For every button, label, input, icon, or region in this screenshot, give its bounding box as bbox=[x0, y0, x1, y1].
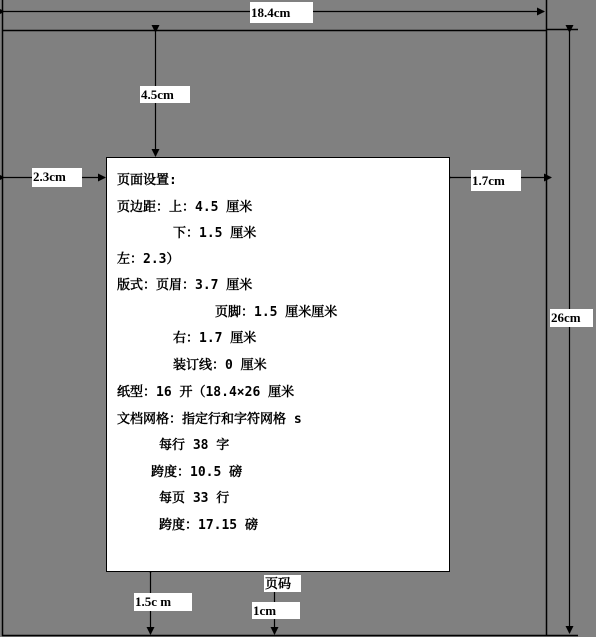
line-pitch: 跨度：17.15 磅 bbox=[159, 518, 258, 534]
width-label: 18.4cm bbox=[250, 2, 313, 23]
document-grid: 文档网格：指定行和字符网格 s bbox=[117, 412, 302, 428]
chars-per-line: 每行 38 字 bbox=[159, 438, 229, 454]
gutter: 装订线：0 厘米 bbox=[173, 358, 267, 374]
bottom-margin-label: 1.5c m bbox=[134, 593, 192, 611]
margin-top: 页边距：上：4.5 厘米 bbox=[117, 200, 252, 216]
char-pitch: 跨度：10.5 磅 bbox=[151, 465, 242, 481]
page-number-offset-label: 1cm bbox=[252, 602, 300, 619]
margin-left: 左：2.3） bbox=[117, 252, 179, 268]
left-margin-label: 2.3cm bbox=[32, 168, 82, 187]
footer-distance: 页脚：1.5 厘米厘米 bbox=[215, 305, 337, 321]
right-margin-label: 1.7cm bbox=[471, 170, 521, 191]
header-distance: 版式：页眉：3.7 厘米 bbox=[117, 278, 252, 294]
height-label: 26cm bbox=[550, 309, 593, 327]
text-area: 页面设置: 页边距：上：4.5 厘米 下：1.5 厘米 左：2.3） 版式：页眉… bbox=[106, 157, 450, 572]
paper-size: 纸型：16 开（18.4×26 厘米 bbox=[117, 385, 294, 401]
margin-bottom: 下：1.5 厘米 bbox=[173, 226, 256, 242]
settings-heading: 页面设置: bbox=[117, 173, 177, 189]
lines-per-page: 每页 33 行 bbox=[159, 491, 229, 507]
page-number-label: 页码 bbox=[264, 575, 301, 592]
margin-right: 右：1.7 厘米 bbox=[173, 331, 256, 347]
top-margin-label: 4.5cm bbox=[140, 86, 190, 103]
